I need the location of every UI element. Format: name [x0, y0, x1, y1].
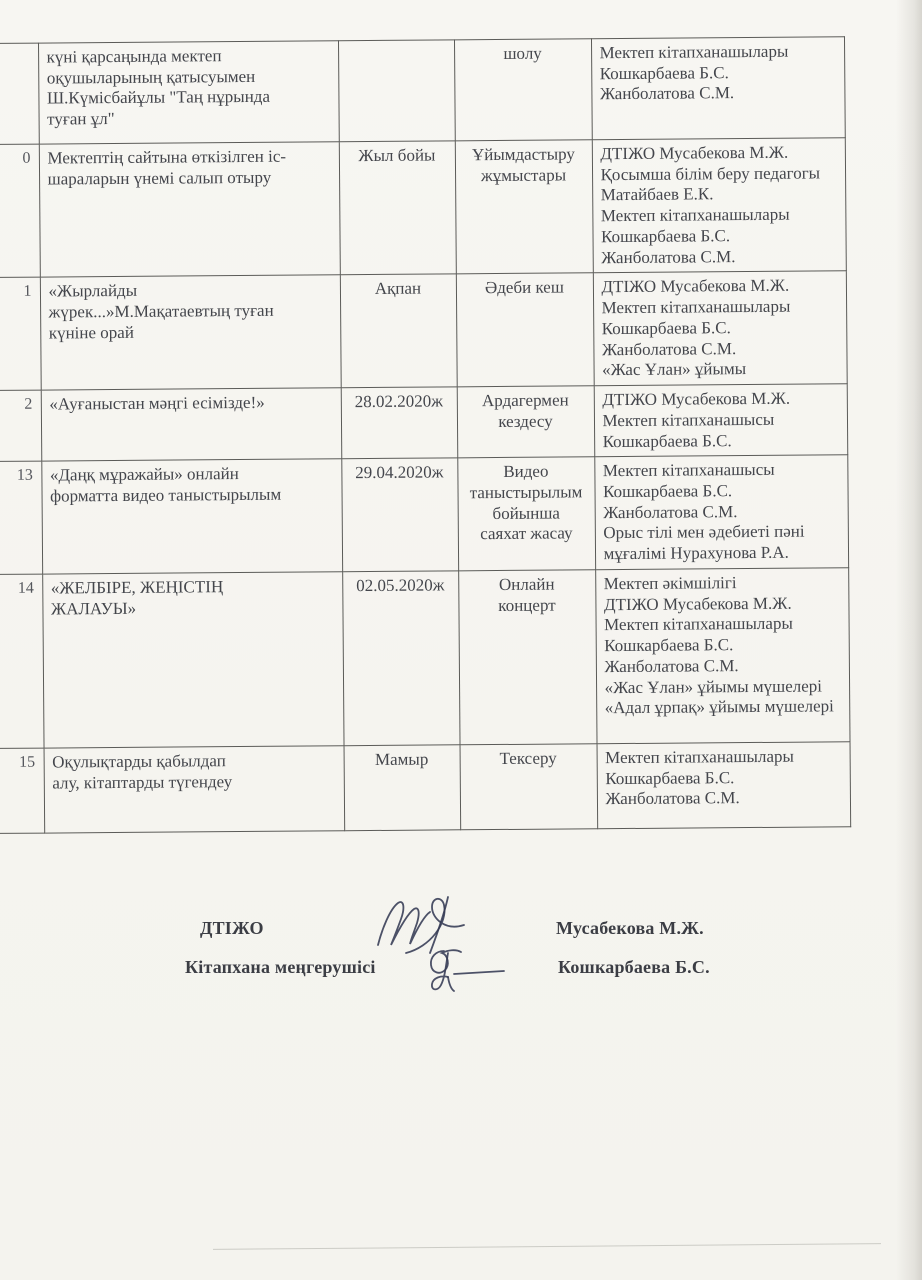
activity-cell: күні қарсаңында мектеп оқушыларының қаты… [38, 41, 339, 144]
table: күні қарсаңында мектеп оқушыларының қаты… [0, 36, 851, 834]
date-cell: Мамыр [344, 745, 461, 831]
table-row: 13 «Даңқ мұражайы» онлайн форматта видео… [0, 455, 848, 574]
row-number: 13 [0, 461, 42, 574]
table-row: күні қарсаңында мектеп оқушыларының қаты… [0, 37, 845, 145]
date-cell: Ақпан [340, 274, 457, 388]
row-number: 2 [0, 390, 41, 462]
form-cell: Ұйымдастыру жұмыстары [455, 140, 593, 274]
activity-cell: «ЖЕЛБІРЕ, ЖЕҢІСТІҢ ЖАЛАУЫ» [42, 572, 343, 748]
form-cell: Онлайн концерт [458, 570, 596, 745]
activity-cell: «Ауғаныстан мәңгі есімізде!» [41, 388, 342, 462]
row-number: 14 [0, 574, 44, 748]
table-row: 1 «Жырлайды жүрек...»М.Мақатаевтың туған… [0, 271, 847, 390]
responsible-cell: ДТІЖО Мусабекова М.Ж. Мектеп кітапханашы… [593, 271, 847, 386]
signature-koshkarbaeva-icon [418, 943, 514, 995]
form-cell: Тексеру [460, 744, 598, 830]
table-row: 14 «ЖЕЛБІРЕ, ЖЕҢІСТІҢ ЖАЛАУЫ» 02.05.2020… [0, 568, 850, 749]
row-number: 15 [0, 748, 44, 833]
row-number: 1 [0, 278, 41, 391]
activity-cell: «Жырлайды жүрек...»М.Мақатаевтың туған к… [40, 275, 341, 390]
table-row: 2 «Ауғаныстан мәңгі есімізде!» 28.02.202… [0, 384, 847, 462]
responsible-cell: ДТІЖО Мусабекова М.Ж. Қосымша білім беру… [592, 138, 846, 273]
responsible-cell: ДТІЖО Мусабекова М.Ж. Мектеп кітапханашы… [594, 384, 848, 457]
activity-cell: Мектептің сайтына өткізілген іс- шаралар… [39, 142, 340, 278]
date-cell [338, 40, 455, 142]
responsible-cell: Мектеп кітапханашылары Кошкарбаева Б.С. … [597, 742, 851, 829]
signer-title-librarian: Кітапхана меңгерушісі [185, 957, 376, 978]
form-cell: Ардагермен кездесу [457, 386, 595, 458]
form-cell: Әдеби кеш [456, 273, 594, 387]
activity-cell: «Даңқ мұражайы» онлайн форматта видео та… [41, 459, 342, 574]
form-cell: шолу [454, 39, 592, 141]
row-number [0, 43, 39, 144]
row-number: 0 [0, 144, 40, 278]
date-cell: 02.05.2020ж [342, 571, 459, 746]
table-row: 0 Мектептің сайтына өткізілген іс- шарал… [0, 138, 846, 278]
date-cell: 29.04.2020ж [341, 458, 458, 572]
signer-title-dtizho: ДТІЖО [200, 918, 264, 939]
responsible-cell: Мектеп әкімшілігі ДТІЖО Мусабекова М.Ж. … [595, 568, 849, 744]
responsible-cell: Мектеп кітапханашылары Кошкарбаева Б.С. … [591, 37, 845, 140]
scan-edge-bottom-band [0, 1267, 922, 1280]
activity-cell: Оқулықтарды қабылдап алу, кітаптарды түг… [44, 746, 345, 833]
scanned-document-page: күні қарсаңында мектеп оқушыларының қаты… [0, 0, 922, 1280]
action-plan-table: күні қарсаңында мектеп оқушыларының қаты… [0, 36, 850, 834]
scan-edge-right-shadow [896, 0, 922, 1280]
table-row: 15 Оқулықтарды қабылдап алу, кітаптарды … [0, 742, 850, 834]
responsible-cell: Мектеп кітапханашысы Кошкарбаева Б.С. Жа… [594, 455, 848, 570]
signer-name-musabekova: Мусабекова М.Ж. [556, 918, 704, 939]
form-cell: Видео таныстырылым бойынша саяхат жасау [457, 457, 595, 571]
signer-name-koshkarbaeva: Кошкарбаева Б.С. [558, 957, 710, 978]
date-cell: Жыл бойы [339, 141, 456, 275]
date-cell: 28.02.2020ж [341, 387, 458, 459]
scan-artifact-line [213, 1243, 881, 1250]
